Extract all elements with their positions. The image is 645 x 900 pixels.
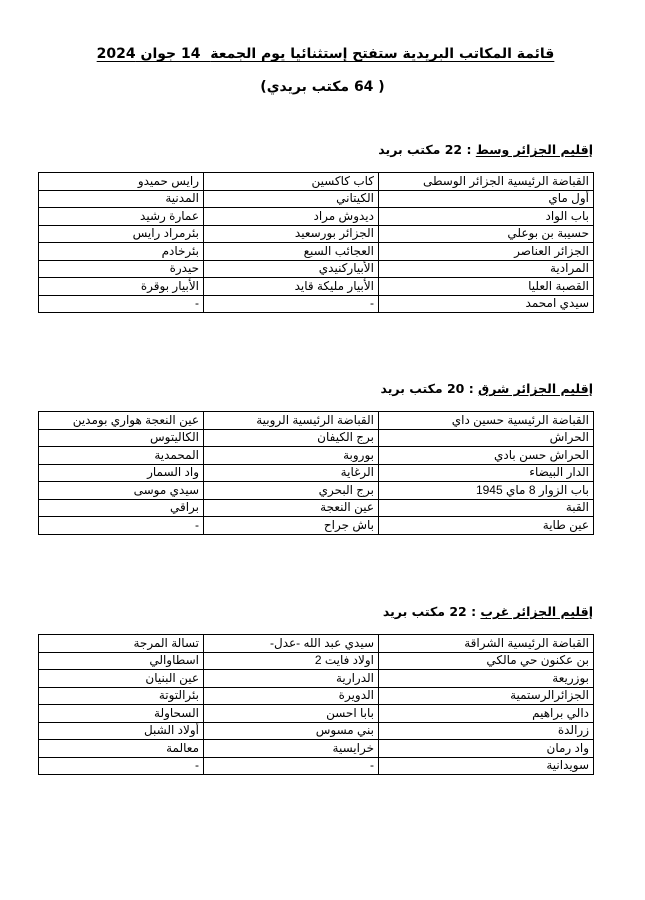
table-cell: الحراش [379,429,594,447]
table-cell: اولاد فايت 2 [204,652,379,670]
table-row: زرالدةبني مسوسأولاد الشبل [39,722,594,740]
table-row: القصبة العلياالأبيار مليكة قايدالأبيار ب… [39,278,594,296]
table-cell: الكاليتوس [39,429,204,447]
table-cell: عين طاية [379,517,594,535]
table-row: سيدي امحمد-- [39,295,594,313]
table-cell: براقي [39,499,204,517]
office-count: 22 مكتب بريد [383,604,467,619]
table-cell: عين البنيان [39,670,204,688]
table-row: القبةعين النعجةبراقي [39,499,594,517]
table-cell: ديدوش مراد [204,208,379,226]
table-row: بوزريعةالدراريةعين البنيان [39,670,594,688]
offices-table-alger-ouest: القباضة الرئيسية الشراقةسيدي عبد الله -ع… [38,634,594,775]
table-cell: - [204,757,379,775]
table-cell: واد رمان [379,740,594,758]
table-cell: بئرمراد رايس [39,225,204,243]
table-cell: معالمة [39,740,204,758]
table-row: بن عكنون حي مالكياولاد فايت 2اسطاوالي [39,652,594,670]
table-cell: الجزائرالرستمية [379,687,594,705]
table-cell: الحراش حسن بادي [379,447,594,465]
table-cell: القباضة الرئيسية الروبية [204,412,379,430]
table-row: القباضة الرئيسية الشراقةسيدي عبد الله -ع… [39,635,594,653]
table-cell: السحاولة [39,705,204,723]
table-row: القباضة الرئيسية حسين دايالقباضة الرئيسي… [39,412,594,430]
separator: : [464,381,478,396]
table-cell: الأبياركنيدي [204,260,379,278]
table-cell: العجائب السبع [204,243,379,261]
table-cell: واد السمار [39,464,204,482]
offices-table-alger-centre: القباضة الرئيسية الجزائر الوسطىكاب كاكسي… [38,172,594,313]
table-row: الحراشبرج الكيفانالكاليتوس [39,429,594,447]
document-title-text: قائمة المكاتب البريدية ستفتح إستثنائيا ي… [97,44,555,64]
table-cell: سيدي موسى [39,482,204,500]
table-cell: دالي براهيم [379,705,594,723]
office-count: 22 مكتب بريد [378,142,462,157]
table-row: الدار البيضاءالرغايةواد السمار [39,464,594,482]
table-cell: القباضة الرئيسية الجزائر الوسطى [379,173,594,191]
table-cell: بابا احسن [204,705,379,723]
table-cell: الدرارية [204,670,379,688]
table-row: دالي براهيمبابا احسنالسحاولة [39,705,594,723]
table-row: واد رمانخرايسيةمعالمة [39,740,594,758]
table-row: باب الوادديدوش مرادعمارة رشيد [39,208,594,226]
offices-table-alger-est: القباضة الرئيسية حسين دايالقباضة الرئيسي… [38,411,594,535]
table-cell: خرايسية [204,740,379,758]
table-cell: - [39,295,204,313]
table-cell: عين النعجة هواري بومدين [39,412,204,430]
table-cell: بوزريعة [379,670,594,688]
table-cell: بوروبة [204,447,379,465]
table-cell: الجزائر بورسعيد [204,225,379,243]
table-row: سويدانية-- [39,757,594,775]
table-cell: القصبة العليا [379,278,594,296]
table-cell: سيدي عبد الله -عدل- [204,635,379,653]
table-cell: برج البحري [204,482,379,500]
region-name: إقليم الجزائر وسط [476,142,593,157]
table-cell: زرالدة [379,722,594,740]
table-row: الجزائر العناصرالعجائب السبعبئرخادم [39,243,594,261]
title-main: قائمة المكاتب البريدية ستفتح إستثنائيا ي… [210,46,554,62]
document-subtitle: ( 64 مكتب بريدي) [0,77,645,97]
table-cell: القباضة الرئيسية الشراقة [379,635,594,653]
table-cell: المدنية [39,190,204,208]
table-cell: الدويرة [204,687,379,705]
table-cell: المرادية [379,260,594,278]
separator: : [467,604,481,619]
table-cell: بن عكنون حي مالكي [379,652,594,670]
table-cell: الدار البيضاء [379,464,594,482]
table-cell: المحمدية [39,447,204,465]
table-cell: بني مسوس [204,722,379,740]
table-row: حسيبة بن بوعليالجزائر بورسعيدبئرمراد راي… [39,225,594,243]
table-row: باب الزوار 8 ماي 1945برج البحريسيدي موسى [39,482,594,500]
table-cell: الأبيار بوقرة [39,278,204,296]
table-cell: حيدرة [39,260,204,278]
table-cell: أولاد الشبل [39,722,204,740]
table-cell: كاب كاكسين [204,173,379,191]
table-cell: تسالة المرجة [39,635,204,653]
table-row: المراديةالأبياركنيديحيدرة [39,260,594,278]
table-row: الحراش حسن باديبوروبةالمحمدية [39,447,594,465]
table-cell: عمارة رشيد [39,208,204,226]
table-cell: أول ماي [379,190,594,208]
table-cell: بئرالتوتة [39,687,204,705]
table-cell: الرغاية [204,464,379,482]
table-cell: القباضة الرئيسية حسين داي [379,412,594,430]
region-name: إقليم الجزائر غرب [480,604,593,619]
section-heading-alger-centre: إقليم الجزائر وسط : 22 مكتب بريد [378,141,593,159]
table-cell: الجزائر العناصر [379,243,594,261]
table-cell: باش جراح [204,517,379,535]
table-cell: عين النعجة [204,499,379,517]
table-cell: برج الكيفان [204,429,379,447]
table-row: القباضة الرئيسية الجزائر الوسطىكاب كاكسي… [39,173,594,191]
table-cell: - [39,757,204,775]
table-cell: حسيبة بن بوعلي [379,225,594,243]
table-cell: باب الواد [379,208,594,226]
table-cell: سيدي امحمد [379,295,594,313]
table-row: عين طايةباش جراح- [39,517,594,535]
table-cell: سويدانية [379,757,594,775]
table-cell: الأبيار مليكة قايد [204,278,379,296]
table-row: الجزائرالرستميةالدويرةبئرالتوتة [39,687,594,705]
section-heading-alger-ouest: إقليم الجزائر غرب : 22 مكتب بريد [383,603,593,621]
table-cell: القبة [379,499,594,517]
office-count: 20 مكتب بريد [381,381,465,396]
table-cell: اسطاوالي [39,652,204,670]
table-row: أول مايالكيتانيالمدنية [39,190,594,208]
separator: : [462,142,476,157]
table-cell: باب الزوار 8 ماي 1945 [379,482,594,500]
document-title: قائمة المكاتب البريدية ستفتح إستثنائيا ي… [0,44,645,64]
region-name: إقليم الجزائر شرق [478,381,593,396]
table-cell: بئرخادم [39,243,204,261]
table-cell: الكيتاني [204,190,379,208]
table-cell: - [39,517,204,535]
section-heading-alger-est: إقليم الجزائر شرق : 20 مكتب بريد [381,380,594,398]
table-cell: - [204,295,379,313]
title-date: 14 جوان 2024 [97,46,201,62]
table-cell: رايس حميدو [39,173,204,191]
